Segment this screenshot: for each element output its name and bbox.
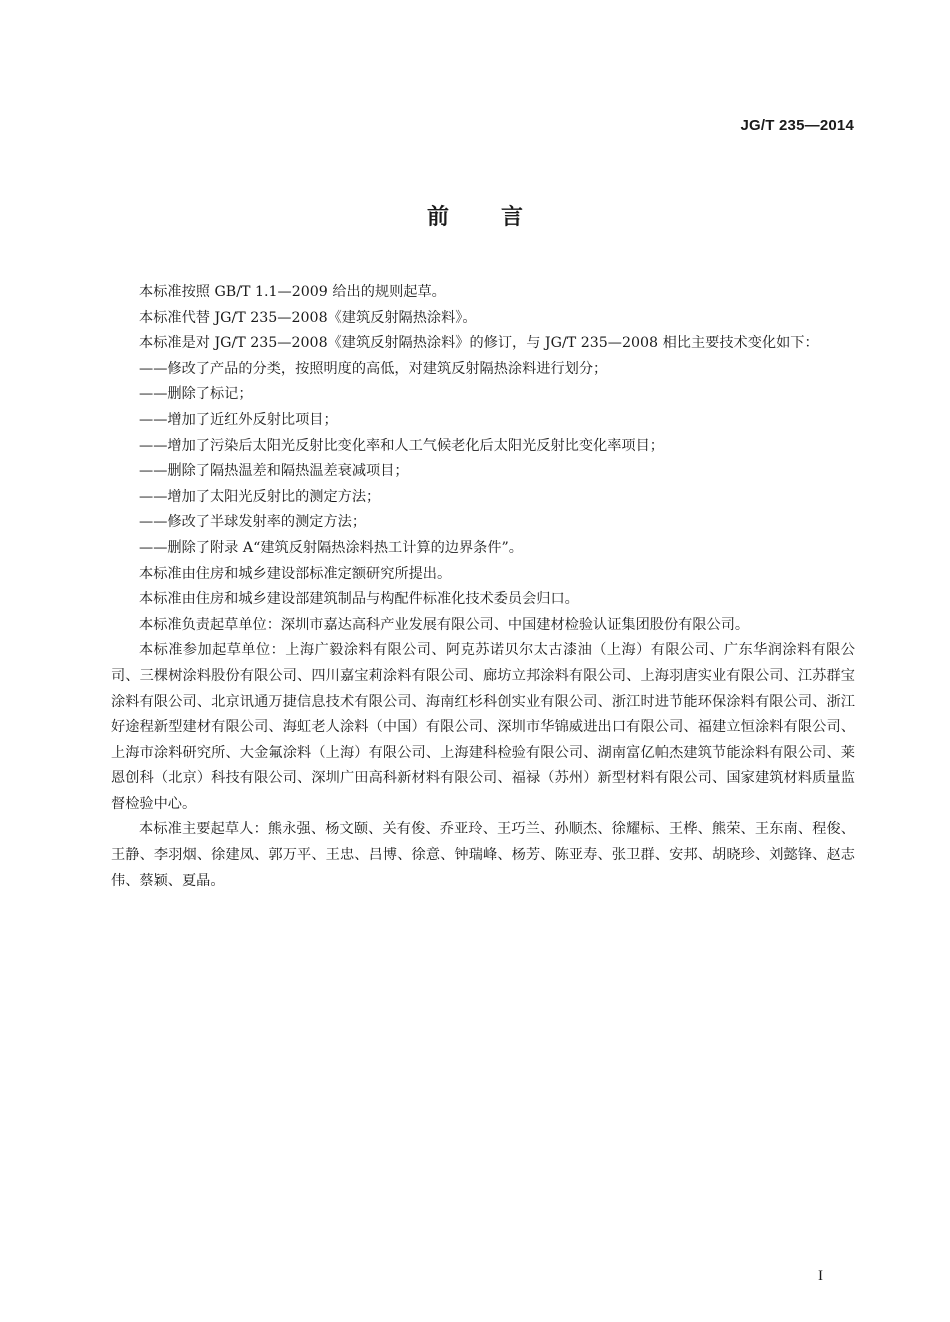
paragraph-revision: 本标准是对 JG/T 235—2008《建筑反射隔热涂料》的修订，与 JG/T … (111, 331, 855, 357)
change-item: ——修改了产品的分类，按照明度的高低，对建筑反射隔热涂料进行划分； (111, 357, 855, 383)
paragraph-proposed-by: 本标准由住房和城乡建设部标准定额研究所提出。 (111, 562, 855, 588)
title-char-2: 言 (501, 200, 523, 231)
paragraph-drafting-rules: 本标准按照 GB/T 1.1—2009 给出的规则起草。 (111, 280, 855, 306)
page-number: I (818, 1268, 823, 1285)
change-item: ——删除了隔热温差和隔热温差衰减项目； (111, 459, 855, 485)
title-char-1: 前 (427, 200, 449, 231)
foreword-body: 本标准按照 GB/T 1.1—2009 给出的规则起草。 本标准代替 JG/T … (111, 280, 855, 894)
change-item: ——修改了半球发射率的测定方法； (111, 510, 855, 536)
paragraph-main-drafters: 本标准主要起草人：熊永强、杨文颐、关有俊、乔亚玲、王巧兰、孙顺杰、徐耀标、王桦、… (111, 817, 855, 894)
paragraph-centralized-by: 本标准由住房和城乡建设部建筑制品与构配件标准化技术委员会归口。 (111, 587, 855, 613)
change-item: ——增加了污染后太阳光反射比变化率和人工气候老化后太阳光反射比变化率项目； (111, 434, 855, 460)
paragraph-participating-units: 本标准参加起草单位：上海广毅涂料有限公司、阿克苏诺贝尔太古漆油（上海）有限公司、… (111, 638, 855, 817)
paragraph-replaces: 本标准代替 JG/T 235—2008《建筑反射隔热涂料》。 (111, 306, 855, 332)
change-item: ——删除了标记； (111, 382, 855, 408)
change-item: ——增加了近红外反射比项目； (111, 408, 855, 434)
paragraph-lead-drafters: 本标准负责起草单位：深圳市嘉达高科产业发展有限公司、中国建材检验认证集团股份有限… (111, 613, 855, 639)
change-item: ——增加了太阳光反射比的测定方法； (111, 485, 855, 511)
change-item: ——删除了附录 A“建筑反射隔热涂料热工计算的边界条件”。 (111, 536, 855, 562)
standard-code: JG/T 235—2014 (740, 117, 854, 134)
page-title: 前言 (0, 200, 950, 231)
